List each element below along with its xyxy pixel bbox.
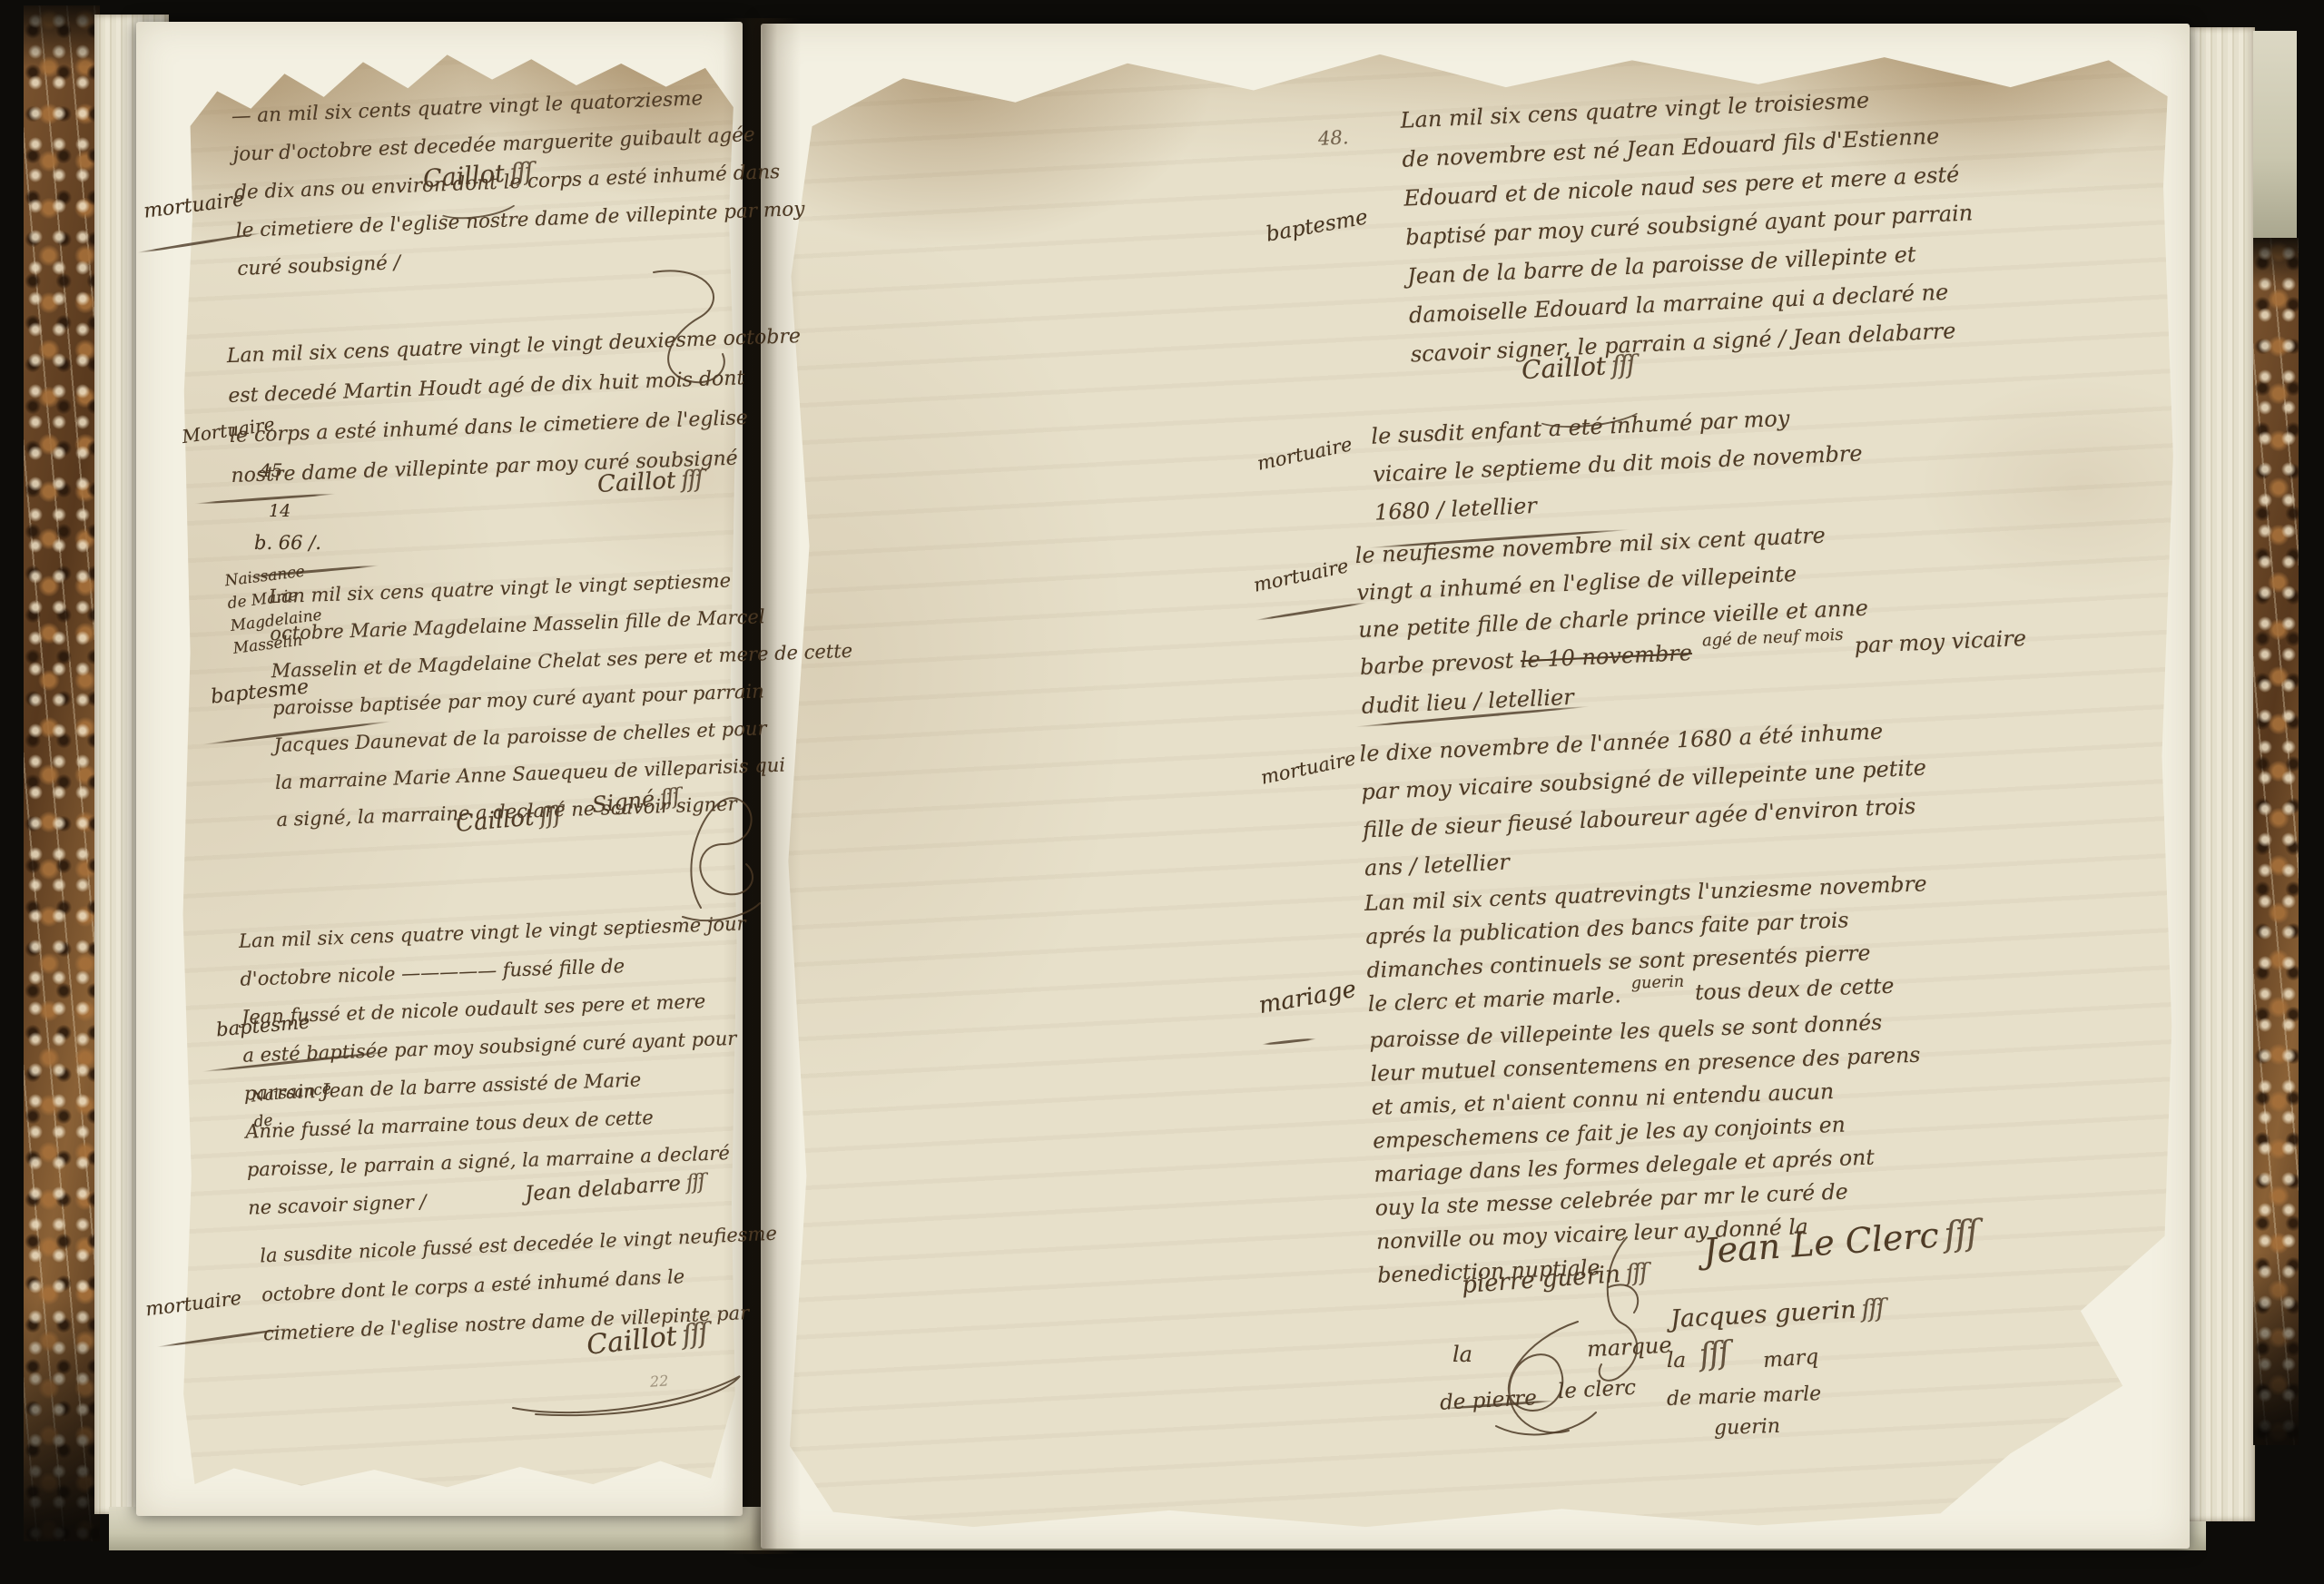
entry-lines: Lan mil six cens quatre vingt le vingt d… <box>226 317 805 497</box>
right-cover-marbled-board <box>2253 238 2299 1445</box>
inserted-text: guerin <box>1630 973 1684 993</box>
margin-number: b. 66 /. <box>254 532 321 554</box>
signature: Caillotſſſ <box>1521 349 1635 385</box>
register-entry: Lan mil six cens quatre vingt le vingt s… <box>268 558 858 839</box>
register-entry: le neufiesme novembre mil six cent quatr… <box>1354 508 2029 725</box>
register-entry: Lan mil six cens quatre vingt le troisie… <box>1400 77 1979 375</box>
line-text: le clerc et marie marle. <box>1367 982 1621 1017</box>
left-cover-marbled-board <box>24 5 100 1541</box>
personal-mark: ſſſ <box>1692 1334 1730 1374</box>
right-board-top-edge <box>2253 31 2297 241</box>
signature-swash <box>508 1367 753 1422</box>
signature-paraph: ſſſ <box>1937 1213 1978 1255</box>
book-spread-scan: 22 mortuaire — an mil six cents quatre v… <box>0 0 2324 1584</box>
mark-word: marque <box>1586 1333 1672 1363</box>
entry-lines: Lan mil six cents quatrevingts l'unziesm… <box>1364 867 1929 988</box>
signature-paraph <box>674 781 764 926</box>
register-entry: le susdit enfant a eté inhumé par moyvic… <box>1371 396 1866 531</box>
entry-lines: le susdit enfant a eté inhumé par moyvic… <box>1371 396 1866 531</box>
mark-word: marq <box>1762 1345 1819 1372</box>
signature-paraph: ſſſ <box>504 158 533 188</box>
entry-lines: Lan mil six cens quatre vingt le vingt s… <box>268 558 858 839</box>
register-entry: le dixe novembre de l'année 1680 a été i… <box>1359 710 1931 887</box>
signature-paraph: ſſſ <box>675 466 703 494</box>
mark-word: la <box>1667 1349 1686 1372</box>
mark-word: le clerc <box>1557 1376 1636 1403</box>
signature-name: Caillot <box>596 467 676 498</box>
entry-lines: Lan mil six cens quatre vingt le troisie… <box>1400 77 1979 375</box>
signature-paraph: ſſſ <box>1856 1294 1885 1324</box>
right-page-stack-edge <box>2184 27 2255 1521</box>
signature-paraph: ſſſ <box>533 802 561 831</box>
mark-word: la <box>1452 1342 1472 1367</box>
mark-word: de pierre <box>1439 1386 1537 1415</box>
line-text: tous deux de cette <box>1695 973 1895 1006</box>
signature-paraph: ſſſ <box>680 1170 704 1195</box>
entry-lines: le dixe novembre de l'année 1680 a été i… <box>1359 710 1931 887</box>
mark-word: guerin <box>1714 1415 1781 1441</box>
line-text: barbe prevost <box>1359 648 1513 680</box>
register-entry: Lan mil six cens quatre vingt le vingt d… <box>226 317 805 497</box>
signature-paraph: ſſſ <box>1605 349 1635 381</box>
signature-name: Caillot <box>1521 350 1607 385</box>
margin-number: 14 <box>269 501 290 521</box>
signature-paraph: ſſſ <box>675 1317 709 1352</box>
line-text: par moy vicaire <box>1854 625 2027 658</box>
struck-text: le 10 novembre <box>1520 640 1692 673</box>
signature: Caillotſſſ <box>596 466 703 498</box>
folio-number-right: 48. <box>1317 126 1349 150</box>
